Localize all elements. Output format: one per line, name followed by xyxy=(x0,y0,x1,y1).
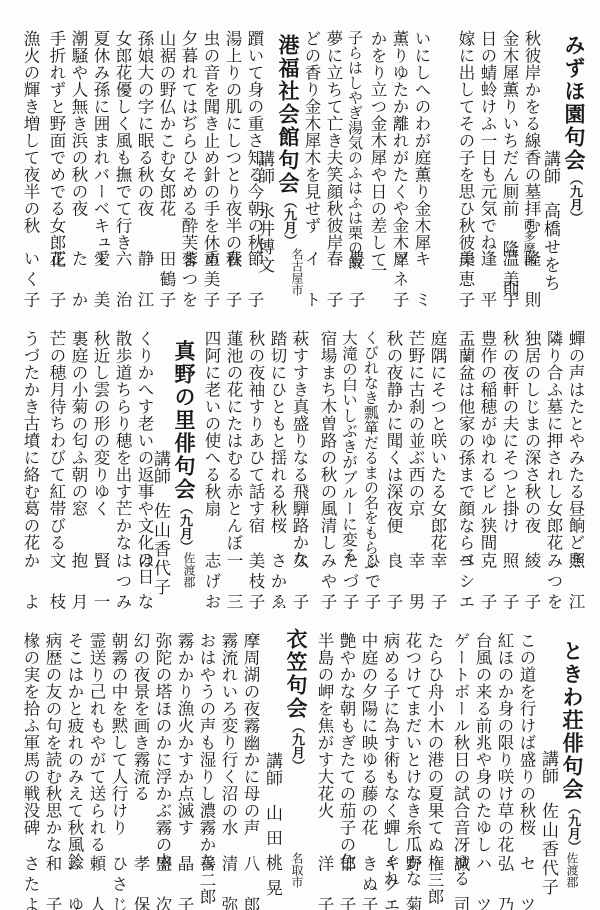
haiku-text: 踏切にひともと揺れる秋桜 xyxy=(267,330,287,534)
haiku-text: くびれなき瓢箪だるまの名をもらふ xyxy=(361,330,381,570)
haiku-author: 静 江 xyxy=(134,250,154,312)
haiku-text: 花つけてまだいとけなき糸瓜かな xyxy=(402,632,422,887)
haiku-author: 逢 平 xyxy=(477,250,497,312)
haiku-author: 八 郎 xyxy=(240,855,260,910)
haiku-author: ツネ子 xyxy=(389,250,409,312)
section-month: （九月） xyxy=(567,172,582,224)
haiku-text: 宿場まち木曽路の秋の風清し xyxy=(317,330,337,551)
haiku-text: 霧流れいろ変り行く沼の水 xyxy=(218,632,238,836)
haiku-author: か よ xyxy=(20,552,40,614)
lecturer: 講師 山田桃晃 xyxy=(262,752,282,904)
haiku-text: 芒野に古刹の並ぶ西の京 xyxy=(405,330,425,517)
haiku-text: 漁火の輝き増して夜半の秋 xyxy=(20,30,40,234)
haiku-text: 秋の夜軒の夫にそつと掛け xyxy=(499,330,519,534)
haiku-text: 子らはしやぎ湯気のふはふは栗の飯 xyxy=(345,30,365,270)
haiku-author: 幸 男 xyxy=(405,552,425,614)
haiku-author: 孝 保 xyxy=(130,855,150,910)
haiku-text: 金木犀薫りいちだん厠前 xyxy=(499,30,519,217)
haiku-author: 温美子 xyxy=(499,250,519,312)
haiku-text: 艶やかな朝もぎたての茄子の色 xyxy=(336,632,356,870)
haiku-text: 霧かかり漁火かすか点滅す xyxy=(174,632,194,836)
haiku-author: ひさじ xyxy=(108,855,128,910)
section-month: （九月） xyxy=(281,195,296,247)
haiku-text: おはやうの声も湿りし濃霧かな xyxy=(196,632,216,870)
haiku-author: 正 子 xyxy=(46,250,66,312)
haiku-author: 豊 子 xyxy=(345,250,365,312)
lecturer: 講師 佐山香代子 xyxy=(538,750,558,897)
haiku-text: 豊作の稲穂がゆれるビル狭間 xyxy=(477,330,497,551)
haiku-text: 夕暮れてはぢらひそめる酔芙蓉 xyxy=(178,30,198,268)
haiku-author: 野 菊 xyxy=(402,855,422,910)
haiku-text: 摩周湖の夜霧幽かに母の声 xyxy=(240,632,260,836)
lecturer: 講師 高橋せをち xyxy=(540,150,560,292)
haiku-author: 一 三 xyxy=(223,552,243,614)
haiku-text: くりかへす老いの返事や文化の日 xyxy=(134,330,154,585)
haiku-author: 盛 次 xyxy=(152,855,172,910)
haiku-author: 晶 子 xyxy=(174,855,194,910)
haiku-text: 独居のしじまの深さ秋の夜 xyxy=(521,330,541,534)
haiku-text: 薫りゆたか離れがたくや金木犀 xyxy=(389,30,409,268)
haiku-author: 頼 人 xyxy=(86,855,106,910)
lecturer-label: 講師 xyxy=(262,752,282,786)
haiku-author: 愛 美 xyxy=(90,250,110,312)
haiku-text: 病歴の友の句を読む秋思かな xyxy=(42,632,62,853)
haiku-author: ふ ゆ xyxy=(64,855,84,910)
haiku-author: 節 子 xyxy=(244,250,264,312)
haiku-author: 一 xyxy=(367,262,387,283)
haiku-text: 日の蜻蛉けふ一日も元気でね xyxy=(477,30,497,251)
haiku-author: 弘 乃 xyxy=(494,855,514,910)
haiku-author: は な xyxy=(134,552,154,614)
section-title: 衣笠句会（九月） xyxy=(284,628,308,772)
haiku-text: 椽の実を拾ふ軍馬の戦没碑 xyxy=(20,632,40,836)
haiku-text: 秋の夜袖すりあひて話す宿 xyxy=(245,330,265,534)
haiku-text: 隣り合ふ墓に押されし女郎花 xyxy=(543,330,563,551)
haiku-author: 幸 子 xyxy=(427,552,447,614)
haiku-author: ひで子 xyxy=(361,552,381,614)
lecturer-label: 講師 xyxy=(540,150,560,184)
haiku-text: この道を行けば盛りの秋桜 xyxy=(516,632,536,836)
haiku-author: 隆 則 xyxy=(521,250,541,312)
haiku-author: 照 江 xyxy=(565,552,585,614)
haiku-text: 盂蘭盆は他家の孫まで顔ならべ xyxy=(455,330,475,568)
haiku-text: 孫娘大の字に眠る秋の夜 xyxy=(134,30,154,217)
place: 名取市 xyxy=(290,852,304,888)
haiku-author: さたよ xyxy=(20,855,40,910)
haiku-author: ヨシエ xyxy=(455,552,475,614)
haiku-text: かをり立つ金木犀や日の差して xyxy=(367,30,387,268)
haiku-author: 綾 子 xyxy=(521,552,541,614)
haiku-text: たらひ舟小木の港の夏果てぬ xyxy=(424,632,444,853)
haiku-text: 紅ほのか身の限り咲け草の花 xyxy=(494,632,514,853)
haiku-author: 良 子 xyxy=(383,552,403,614)
section-month: （九月） xyxy=(177,501,192,553)
haiku-author: 克 子 xyxy=(477,552,497,614)
haiku-text: 台風の来る前兆や身のたゆし xyxy=(472,632,492,853)
haiku-author: 善二郎 xyxy=(196,855,216,905)
section-title-text: 衣笠句会 xyxy=(284,628,309,720)
haiku-author: 美枝子 xyxy=(245,552,265,614)
section-title-text: みずほ園句会 xyxy=(562,34,587,172)
haiku-author: 和 子 xyxy=(42,855,62,910)
haiku-text: 蓮池の花にたはむる赤とんぼ xyxy=(223,330,243,551)
lecturer-label: 講師 xyxy=(538,750,558,784)
haiku-text: 潮騒や人無き浜の秋の夜 xyxy=(68,30,88,217)
haiku-text: 庭隅にそつと咲いたる女郎花 xyxy=(427,330,447,551)
haiku-text: 夢に立ちて亡き夫笑顔秋彼岸 xyxy=(323,30,343,251)
haiku-text: 女郎花優しく風も撫でて行き xyxy=(112,30,132,251)
lecturer-name: 山田桃晃 xyxy=(262,804,282,904)
haiku-author: 久 子 xyxy=(289,552,309,614)
haiku-author: さかゑ xyxy=(267,552,287,614)
haiku-author: 権三郎 xyxy=(424,855,444,905)
haiku-author: きぬ子 xyxy=(358,855,378,910)
haiku-text: どの香り金木犀木を見せず xyxy=(301,30,321,234)
haiku-author: ハ ツ xyxy=(472,855,492,910)
haiku-text: 幻の夜景を画き霧流る xyxy=(130,632,150,802)
haiku-text: 弥陀の塔ほのかに浮かぶ霧の中 xyxy=(152,632,172,870)
haiku-author: 志げお xyxy=(201,552,221,614)
place: 佐渡郡 xyxy=(182,552,196,588)
haiku-text: 散歩道ちらり穂を出す芒かな xyxy=(112,330,132,551)
section-title: ときわ荘俳句会（九月） xyxy=(560,640,584,853)
haiku-text: 芒の穂月待ちわびて紅帯びる xyxy=(46,330,66,551)
haiku-text: そこはかと疲れのみえて秋風鈴 xyxy=(64,632,84,870)
place: 名古屋市 xyxy=(290,248,304,296)
haiku-text: ゲートボール秋日の試合音冴ゆる xyxy=(450,632,470,887)
haiku-author: まつを xyxy=(178,250,198,312)
haiku-author: 春 子 xyxy=(222,250,242,312)
haiku-author: みつを xyxy=(543,552,563,614)
haiku-author: 田鶴子 xyxy=(156,250,176,312)
section-title: 港福社会館句会（九月） xyxy=(276,34,300,247)
haiku-author: 抱 月 xyxy=(68,552,88,614)
haiku-text: 半島の岬を焦がす大花火 xyxy=(314,632,334,819)
haiku-author: セ ツ xyxy=(516,855,536,910)
haiku-text: 虫の音を聞き止め針の手を休め xyxy=(200,30,220,268)
haiku-author: た か xyxy=(68,250,88,312)
haiku-text: 霊送り己れもやがて送られる xyxy=(86,632,106,853)
haiku-text: うづたかき古墳に絡む葛の花 xyxy=(20,330,40,551)
haiku-text: 秋彼岸かをる線香の墓拝む xyxy=(521,30,541,234)
haiku-author: はつみ xyxy=(112,552,132,614)
haiku-author: 清 弥 xyxy=(218,855,238,910)
haiku-text: 萩すすき真盛りなる飛騨路かな xyxy=(289,330,309,568)
haiku-author: キクエ xyxy=(380,855,400,910)
haiku-author: たづ子 xyxy=(339,552,359,614)
haiku-text: 秋の夜静かに聞くは深夜便 xyxy=(383,330,403,534)
haiku-author: キ ミ xyxy=(411,250,431,312)
haiku-text: 裏庭の小菊の匂ふ朝の窓 xyxy=(68,330,88,517)
haiku-author: 重美子 xyxy=(200,250,220,312)
haiku-text: 夏休み孫に囲まれバーベキュー xyxy=(90,30,110,268)
haiku-page: みずほ園句会（九月） 講師 高橋せをち 西多摩郡 秋彼岸かをる線香の墓拝む 隆 … xyxy=(0,0,600,910)
section-title-text: 真野の里俳句会 xyxy=(172,340,197,501)
haiku-author: 春 子 xyxy=(323,250,343,312)
haiku-text: 山裾の野仏かこむ女郎花 xyxy=(156,30,176,217)
haiku-author: 美恵子 xyxy=(455,250,475,312)
haiku-text: 中庭の夕陽に映ゆる藤の花 xyxy=(358,632,378,836)
haiku-text: 躓いて身の重さ知る今朝の秋 xyxy=(244,30,264,251)
haiku-text: 嫁に出してその子を思ひ秋彼岸 xyxy=(455,30,475,268)
section-month: （九月） xyxy=(565,801,580,853)
haiku-author: 郁 子 xyxy=(336,855,356,910)
section-title: みずほ園句会（九月） xyxy=(562,34,586,224)
section-title-text: 港福社会館句会 xyxy=(276,34,301,195)
haiku-text: 手折れずと野面でめでる女郎花 xyxy=(46,30,66,268)
lecturer-name: 高橋せをち xyxy=(540,202,560,292)
haiku-author: みや子 xyxy=(317,552,337,614)
haiku-author: 賢 一 xyxy=(90,552,110,614)
haiku-author: いく子 xyxy=(20,250,40,312)
haiku-author: 誠 司 xyxy=(450,855,470,910)
haiku-text: いにしへのわが庭薫り金木犀 xyxy=(411,30,431,251)
section-month: （九月） xyxy=(289,720,304,772)
haiku-text: 大滝の白いしぶきがブルーに変る xyxy=(339,330,359,563)
haiku-author: 六 治 xyxy=(112,250,132,312)
haiku-author: イ ト xyxy=(301,250,321,312)
section-title-text: ときわ荘俳句会 xyxy=(560,640,585,801)
haiku-author: 照 子 xyxy=(499,552,519,614)
haiku-author: 洋 子 xyxy=(314,855,334,910)
haiku-text: 朝霧の中を黙して人行けり xyxy=(108,632,128,836)
haiku-text: 湯上りの肌にしつとり夜半の秋 xyxy=(222,30,242,268)
place: 佐渡郡 xyxy=(565,852,579,888)
haiku-text: 四阿に老いの使へる秋扇 xyxy=(201,330,221,517)
haiku-text: 蟬の声はたとやみたる昼餉どき xyxy=(565,330,585,568)
haiku-author: 文 枝 xyxy=(46,552,66,614)
haiku-text: 病める子に為す術もなく蟬しぐれ xyxy=(380,632,400,887)
haiku-text: 秋近し雲の形の変りゆく xyxy=(90,330,110,517)
section-title: 真野の里俳句会（九月） xyxy=(172,340,196,553)
lecturer-name: 佐山香代子 xyxy=(538,802,558,897)
